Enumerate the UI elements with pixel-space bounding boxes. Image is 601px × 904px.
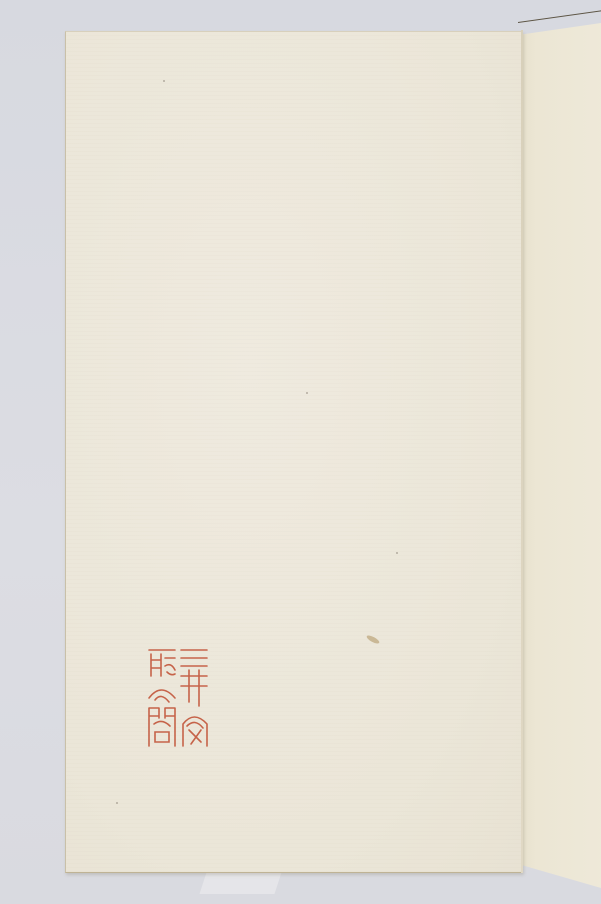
paper-speck [163,80,165,82]
paper-speck [306,392,308,394]
album-leaf [65,31,523,873]
paper-speck [396,552,398,554]
next-album-leaf [518,22,601,890]
seal-glyphs-icon [145,646,211,748]
paper-speck [116,802,118,804]
photo-scene: 三井家聽冰閣 [0,0,601,904]
leaf-fold [521,30,523,873]
red-seal-stamp: 三井家聽冰閣 [145,646,211,748]
